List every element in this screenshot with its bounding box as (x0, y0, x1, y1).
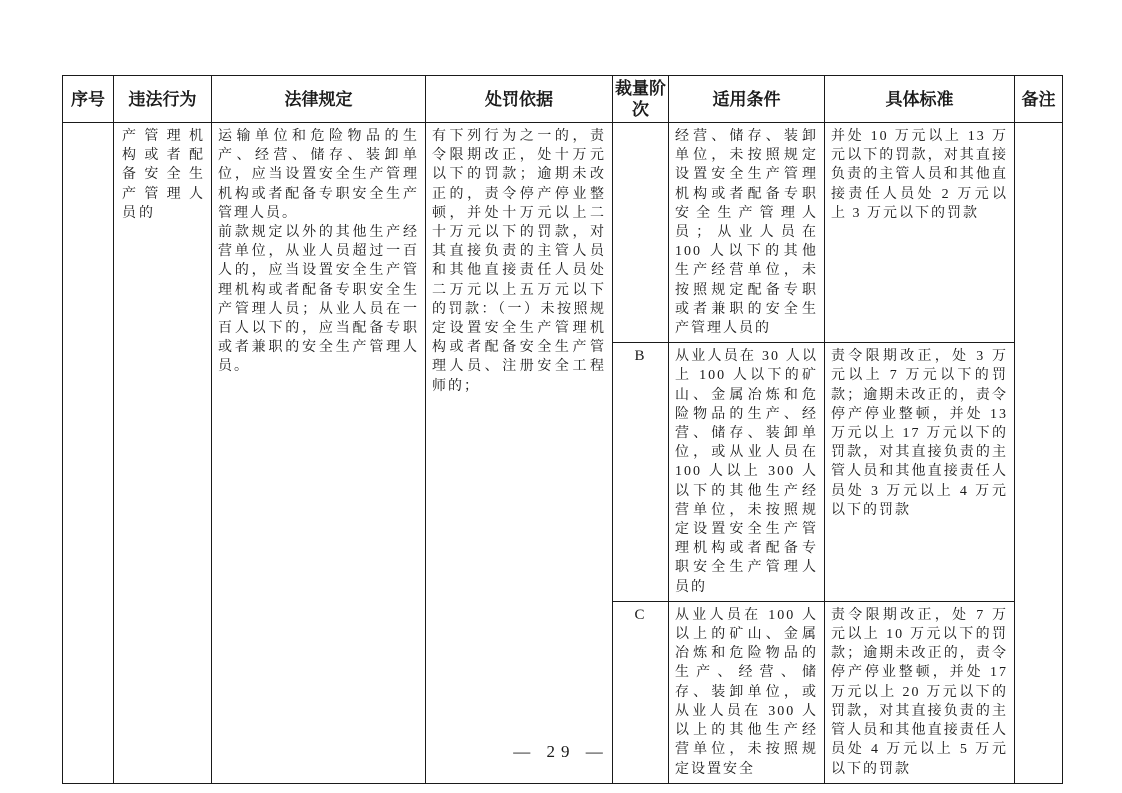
specific-standards-cell: 责令限期改正，处 3 万元以上 7 万元以下的罚款；逾期未改正的，责令停产停业整… (825, 343, 1015, 602)
discretion-level-cell (613, 123, 669, 343)
header-illegal-behavior: 违法行为 (114, 76, 212, 123)
header-specific-standards: 具体标准 (825, 76, 1015, 123)
header-discretion-level: 裁量阶次 (613, 76, 669, 123)
header-applicable-conditions: 适用条件 (669, 76, 825, 123)
legal-provision-cell: 运输单位和危险物品的生产、经营、储存、装卸单位，应当设置安全生产管理机构或者配备… (212, 123, 426, 784)
penalty-standards-table: 序号 违法行为 法律规定 处罚依据 裁量阶次 适用条件 具体标准 备注 产管理机… (62, 75, 1063, 784)
page-number: — 29 — (0, 742, 1122, 762)
discretion-level-cell: B (613, 343, 669, 602)
serial-number-cell (63, 123, 114, 784)
header-legal-provision: 法律规定 (212, 76, 426, 123)
applicable-conditions-cell: 经营、储存、装卸单位，未按照规定设置安全生产管理机构或者配备专职安全生产管理人员… (669, 123, 825, 343)
specific-standards-cell: 并处 10 万元以上 13 万元以下的罚款，对其直接负责的主管人员和其他直接责任… (825, 123, 1015, 343)
illegal-behavior-cell: 产管理机构或者配备安全生产管理人员的 (114, 123, 212, 784)
legal-provision-paragraph: 前款规定以外的其他生产经营单位，从业人员超过一百人的，应当设置安全生产管理机构或… (218, 223, 419, 377)
applicable-conditions-cell: 从业人员在 30 人以上 100 人以下的矿山、金属冶炼和危险物品的生产、经营、… (669, 343, 825, 602)
document-page: 序号 违法行为 法律规定 处罚依据 裁量阶次 适用条件 具体标准 备注 产管理机… (0, 0, 1122, 793)
header-remarks: 备注 (1015, 76, 1063, 123)
header-serial-number: 序号 (63, 76, 114, 123)
table-header-row: 序号 违法行为 法律规定 处罚依据 裁量阶次 适用条件 具体标准 备注 (63, 76, 1063, 123)
remarks-cell (1015, 123, 1063, 784)
header-penalty-basis: 处罚依据 (426, 76, 613, 123)
legal-provision-paragraph: 运输单位和危险物品的生产、经营、储存、装卸单位，应当设置安全生产管理机构或者配备… (218, 127, 419, 223)
table-row: 产管理机构或者配备安全生产管理人员的 运输单位和危险物品的生产、经营、储存、装卸… (63, 123, 1063, 343)
penalty-basis-cell: 有下列行为之一的，责令限期改正，处十万元以下的罚款；逾期未改正的，责令停产停业整… (426, 123, 613, 784)
